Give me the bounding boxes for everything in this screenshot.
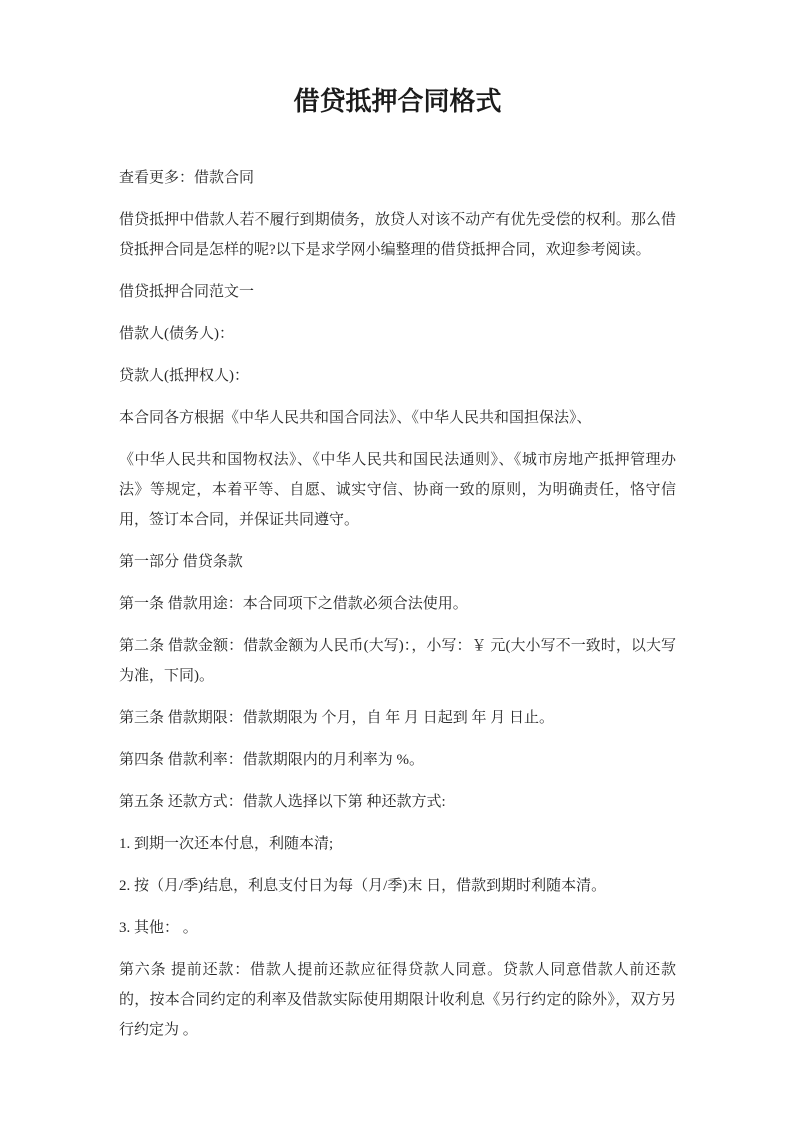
repayment-option-3: 3. 其他： 。: [119, 913, 676, 943]
repayment-option-1: 1. 到期一次还本付息，利随本清;: [119, 829, 676, 859]
borrower-line: 借款人(债务人)：: [119, 319, 676, 349]
clause-3-term: 第三条 借款期限：借款期限为 个月，自 年 月 日起到 年 月 日止。: [119, 703, 676, 733]
sample-heading: 借贷抵押合同范文一: [119, 277, 676, 307]
preamble-line-1: 本合同各方根据《中华人民共和国合同法》、《中华人民共和国担保法》、: [119, 403, 676, 433]
document-title: 借贷抵押合同格式: [119, 84, 676, 120]
part-one-heading: 第一部分 借贷条款: [119, 547, 676, 577]
clause-2-amount: 第二条 借款金额：借款金额为人民币(大写)：，小写：￥ 元(大小写不一致时，以大…: [119, 631, 676, 691]
intro-paragraph: 借贷抵押中借款人若不履行到期债务，放贷人对该不动产有优先受偿的权利。那么借贷抵押…: [119, 205, 676, 265]
clause-4-rate: 第四条 借款利率：借款期限内的月利率为 %。: [119, 745, 676, 775]
clause-5-repayment: 第五条 还款方式：借款人选择以下第 种还款方式:: [119, 787, 676, 817]
contract-document-page: 借贷抵押合同格式 查看更多：借款合同 借贷抵押中借款人若不履行到期债务，放贷人对…: [0, 0, 793, 1122]
clause-1-purpose: 第一条 借款用途：本合同项下之借款必须合法使用。: [119, 589, 676, 619]
view-more-line: 查看更多：借款合同: [119, 163, 676, 193]
lender-line: 贷款人(抵押权人)：: [119, 361, 676, 391]
preamble-paragraph-2: 《中华人民共和国物权法》、《中华人民共和国民法通则》、《城市房地产抵押管理办法》…: [119, 445, 676, 535]
clause-6-prepayment: 第六条 提前还款：借款人提前还款应征得贷款人同意。贷款人同意借款人前还款的，按本…: [119, 955, 676, 1045]
repayment-option-2: 2. 按（月/季)结息，利息支付日为每（月/季)末 日，借款到期时利随本清。: [119, 871, 676, 901]
